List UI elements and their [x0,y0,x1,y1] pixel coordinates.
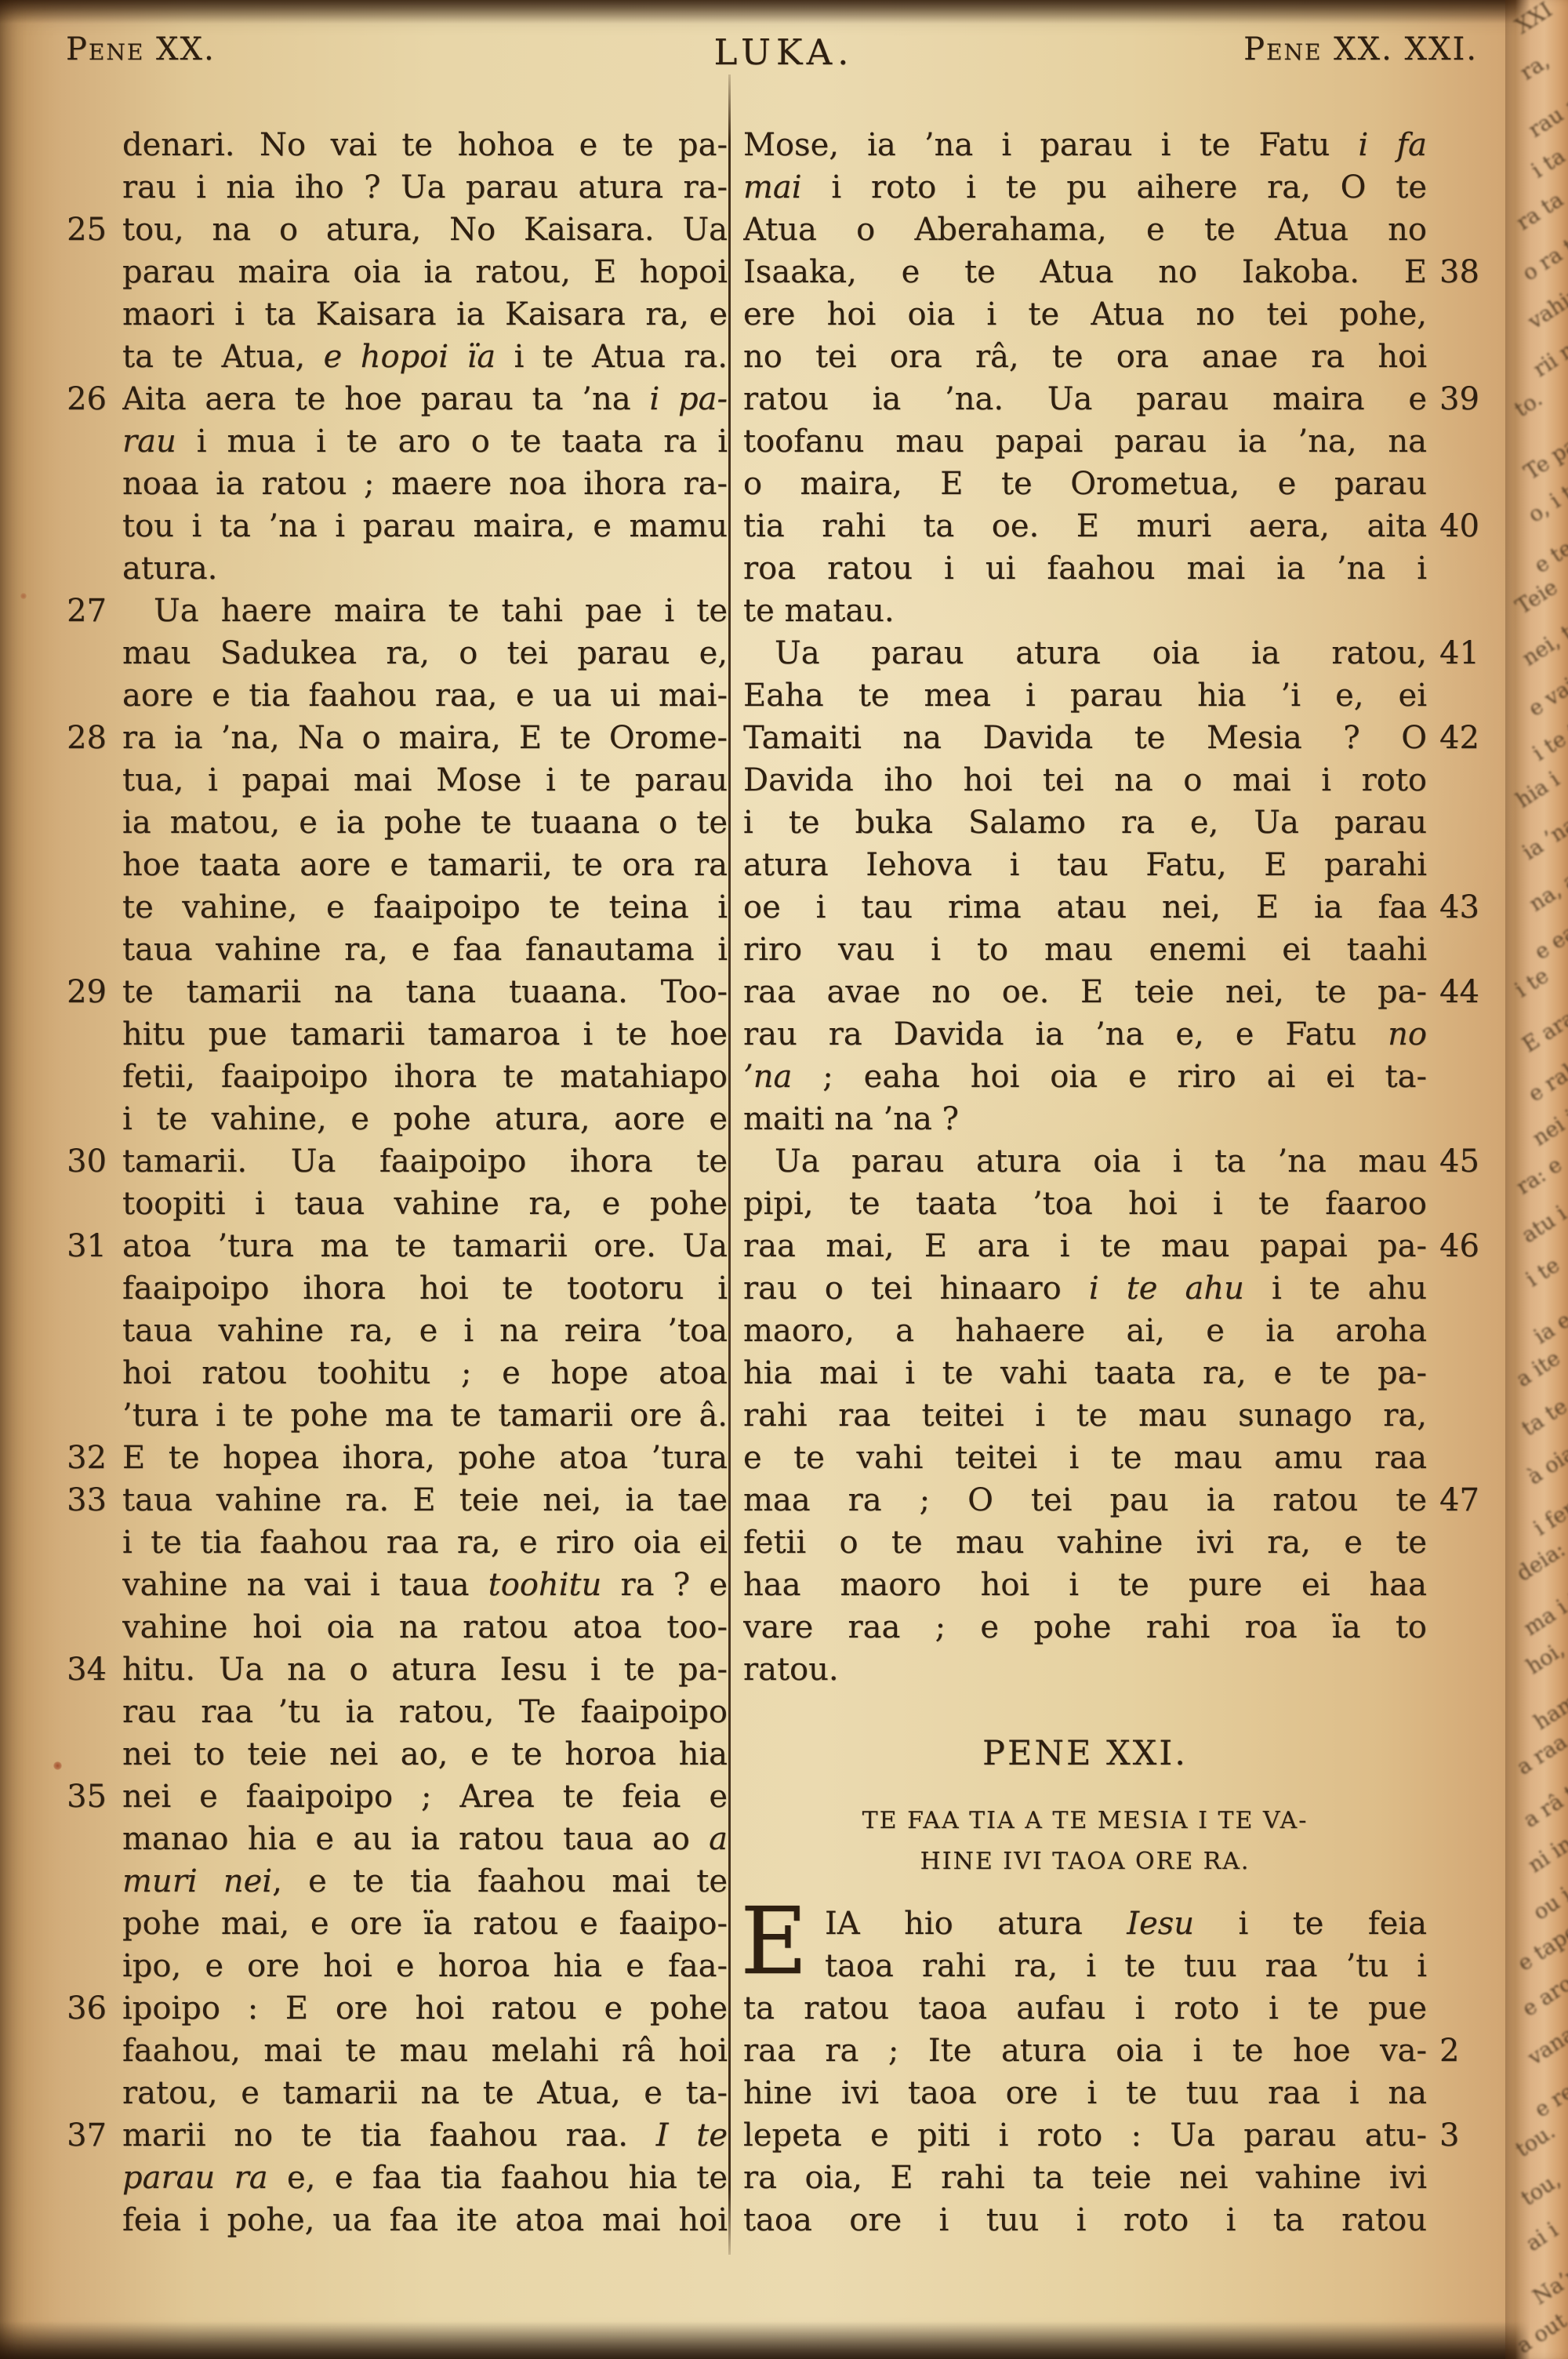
verse-line: 25 tou, na o atura, No Kaisara. Ua [47,209,728,251]
verse-line: taoa rahi ra, i te tuu raa ’tu i [743,1945,1505,1987]
header-chapter-right: Pene XX. XXI. [1243,31,1478,67]
verse-line-text: raa avae no oe. E teie nei, te pa- [743,971,1427,1013]
verse-line: 34 hitu. Ua na o atura Iesu i te pa- [47,1648,728,1691]
verse-line-text: hitu pue tamarii tamaroa i te hoe [122,1013,728,1056]
verse-line-text: ra ia ’na, Na o maira, E te Orome- [122,717,728,759]
edge-bleed-text-fragment: atu i [1518,1201,1568,1248]
edge-bleed-text-fragment: ra: e [1512,1152,1566,1199]
foxing-speck [53,1761,62,1770]
verse-line-text: ipo, e ore hoi e horoa hia e faa- [122,1945,728,1987]
verse-line: Eaha te mea i parau hia ’i e, ei [743,674,1505,717]
verse-line: Ua parau atura oia ia ratou, 41 [743,632,1505,674]
verse-line: fetii, faaipoipo ihora te matahiapo [47,1056,728,1098]
verse-line-text: faaipoipo ihora hoi te tootoru i [122,1267,728,1310]
verse-number: 45 [1427,1140,1505,1183]
verse-number: 2 [1427,2030,1505,2072]
verse-line-text: i te buka Salamo ra e, Ua parau [743,801,1427,844]
verse-line: roa ratou i ui faahou mai ia ’na i [743,547,1505,590]
verse-line-text: rau ra Davida ia ’na e, e Fatu no [743,1013,1427,1056]
verse-line: mau Sadukea ra, o tei parau e, [47,632,728,674]
edge-bleed-text-fragment: Na’u [1529,2261,1568,2310]
verse-line: muri nei, e te tia faahou mai te [47,1860,728,1903]
verse-line: parau maira oia ia ratou, E hopoi [47,251,728,293]
verse-line-text: rahi raa teitei i te mau sunago ra, [743,1394,1427,1437]
verse-line-text: nei to teie nei ao, e te horoa hia [122,1733,728,1776]
verse-line-text: Ua parau atura oia ia ratou, [743,632,1427,674]
verse-line: 33 taua vahine ra. E teie nei, ia tae [47,1479,728,1521]
edge-bleed-text-fragment: E ara [1518,1005,1568,1057]
verse-line-text: maoro, a hahaere ai, e ia aroha [743,1310,1427,1352]
verse-line-text: maiti na ’na ? [743,1098,1427,1140]
verse-line-text: Eaha te mea i parau hia ’i e, ei [743,674,1427,717]
verse-line: 35 nei e faaipoipo ; Area te feia e [47,1776,728,1818]
verse-line: taoa ore i tuu i roto i ta ratou [743,2199,1505,2241]
verse-line: vahine hoi oia na ratou atoa too- [47,1606,728,1648]
verse-line-text: manao hia e au ia ratou taua ao a [122,1818,728,1860]
verse-line-text: hoe taata aore e tamarii, te ora ra [122,844,728,886]
verse-line-text: maori i ta Kaisara ia Kaisara ra, e [122,293,728,336]
verse-line-text: toopiti i taua vahine ra, e pohe [122,1183,728,1225]
verse-number: 26 [47,378,122,420]
verse-line: maoro, a hahaere ai, e ia aroha [743,1310,1505,1352]
verse-line: ’tura i te pohe ma te tamarii ore â. [47,1394,728,1437]
verse-line-text: te matau. [743,590,1427,632]
edge-bleed-text-fragment: e rahi [1524,1052,1568,1107]
edge-bleed-text-fragment: e te ta [1530,520,1568,577]
edge-bleed-text-fragment: Te para [1520,420,1568,485]
verse-line: aore e tia faahou raa, e ua ui mai- [47,674,728,717]
verse-line-text: te tamarii na tana tuaana. Too- [122,971,728,1013]
verse-line: ipo, e ore hoi e horoa hia e faa- [47,1945,728,1987]
verse-line: pohe mai, e ore ïa ratou e faaipo- [47,1903,728,1945]
chapter-heading: PENE XXI. [743,1730,1427,1777]
verse-line: manao hia e au ia ratou taua ao a [47,1818,728,1860]
verse-line-text: rau o tei hinaaro i te ahu i te ahu [743,1267,1427,1310]
verse-line: raa mai, E ara i te mau papai pa- 46 [743,1225,1505,1267]
edge-bleed-text-fragment: a raa [1512,1729,1568,1779]
right-column-verses: Mose, ia ’na i parau i te Fatu i fa mai … [743,124,1505,1691]
column-divider-rule [728,75,731,2255]
verse-number: 40 [1427,505,1505,547]
verse-line: vahine na vai i taua toohitu ra ? e [47,1564,728,1606]
verse-line-text: nei e faaipoipo ; Area te feia e [122,1776,728,1818]
edge-bleed-text-fragment: e vai i [1524,666,1568,722]
verse-line-text: mau Sadukea ra, o tei parau e, [122,632,728,674]
verse-line: pipi, te taata ’toa hoi i te faaroo [743,1183,1505,1225]
verse-number: 36 [47,1987,122,2030]
verse-line: 26 Aita aera te hoe parau ta ’na i pa- [47,378,728,420]
verse-line-text: atura. [122,547,728,590]
edge-bleed-text-fragment: deia: [1512,1537,1568,1587]
edge-bleed-text-fragment: vahin [1524,282,1568,334]
verse-line: feia i pohe, ua faa ite atoa mai hoi [47,2199,728,2241]
verse-line: Davida iho hoi tei na o mai i roto [743,759,1505,801]
verse-line-text: fetii, faaipoipo ihora te matahiapo [122,1056,728,1098]
verse-line: hitu pue tamarii tamaroa i te hoe [47,1013,728,1056]
verse-line-text: marii no te tia faahou raa. I te [122,2114,728,2157]
edge-bleed-text-fragment: ra ta [1512,187,1568,235]
verse-line: Atua o Aberahama, e te Atua no [743,209,1505,251]
verse-line-text: ere hoi oia i te Atua no tei pohe, [743,293,1427,336]
verse-line-text: te vahine, e faaipoipo te teina i [122,886,728,929]
verse-number: 27 [47,590,122,632]
verse-line: oe i tau rima atau nei, E ia faa 43 [743,886,1505,929]
verse-line: rau ra Davida ia ’na e, e Fatu no [743,1013,1505,1056]
verse-line-text: maa ra ; O tei pau ia ratou te [743,1479,1427,1521]
verse-line-text: vahine hoi oia na ratou atoa too- [122,1606,728,1648]
verse-line-text: hitu. Ua na o atura Iesu i te pa- [122,1648,728,1691]
edge-bleed-text-fragment: a râ te [1519,1774,1568,1833]
chapter-subtitle-line: HINE IVI TAOA ORE RA. [743,1841,1427,1882]
verse-line-text: raa mai, E ara i te mau papai pa- [743,1225,1427,1267]
edge-bleed-text-fragment: ou i t [1529,1874,1568,1925]
verse-line-text: ratou, e tamarii na te Atua, e ta- [122,2072,728,2114]
verse-line: te vahine, e faaipoipo te teina i [47,886,728,929]
verse-line-text: haa maoro hoi i te pure ei haa [743,1564,1427,1606]
verse-line: no tei ora râ, te ora anae ra hoi [743,336,1505,378]
chapter-subtitle-line: TE FAA TIA A TE MESIA I TE VA- [743,1801,1427,1841]
edge-bleed-text-fragment: ra, [1516,49,1554,85]
verse-line: tou i ta ’na i parau maira, e mamu [47,505,728,547]
facing-page-edge-strip: XXIra,rau ati tara tao ra tvahinrii nato… [1505,0,1568,2359]
verse-line: i te tia faahou raa ra, e riro oia ei [47,1521,728,1564]
verse-line-text: tou i ta ’na i parau maira, e mamu [122,505,728,547]
verse-number: 34 [47,1648,122,1691]
verse-line: ta ratou taoa aufau i roto i te pue [743,1987,1505,2030]
verse-line-text: ratou. [743,1648,1427,1691]
edge-bleed-text-fragment: e tape [1513,1919,1568,1976]
verse-line: rau i nia iho ? Ua parau atura ra- [47,166,728,209]
edge-bleed-text-fragment: i te [1511,964,1553,1003]
edge-bleed-text-fragment: rii na [1529,330,1568,381]
edge-bleed-text-fragment: to. [1510,387,1546,422]
verse-line-text: parau ra e, e faa tia faahou hia te [122,2157,728,2199]
verse-line-text: riro vau i to mau enemi ei taahi [743,929,1427,971]
verse-number: 30 [47,1140,122,1183]
edge-bleed-text-fragment: Teie [1512,575,1562,620]
verse-line-text: o maira, E te Orometua, e parau [743,463,1427,505]
verse-line-text: pipi, te taata ’toa hoi i te faaroo [743,1183,1427,1225]
verse-line: 32 E te hopea ihora, pohe atoa ’tura [47,1437,728,1479]
verse-line: Ua parau atura oia i ta ’na mau 45 [743,1140,1505,1183]
verse-line: ’na ; eaha hoi oia e riro ai ei ta- [743,1056,1505,1098]
verse-line-text: taua vahine ra, e i na reira ’toa [122,1310,728,1352]
edge-bleed-text-fragment: hoi, [1523,1637,1568,1680]
verse-line-text: oe i tau rima atau nei, E ia faa [743,886,1427,929]
verse-line: i te buka Salamo ra e, Ua parau [743,801,1505,844]
verse-line-text: i te tia faahou raa ra, e riro oia ei [122,1521,728,1564]
verse-line-text: lepeta e piti i roto : Ua parau atu- [743,2114,1427,2157]
edge-bleed-text-fragment: o ra t [1518,234,1568,285]
verse-line: hia mai i te vahi taata ra, e te pa- [743,1352,1505,1394]
verse-line-text: Atua o Aberahama, e te Atua no [743,209,1427,251]
verse-line-text: Ua haere maira te tahi pae i te [122,590,728,632]
edge-bleed-text-fragment: nei i [1528,1105,1568,1150]
verse-line-text: toofanu mau papai parau ia ’na, na [743,420,1427,463]
verse-line-text: fetii o te mau vahine ivi ra, e te [743,1521,1427,1564]
book-page-photo: Pene XX. LUKA. Pene XX. XXI. denari. No … [0,0,1568,2359]
verse-line-text: faahou, mai te mau melahi râ hoi [122,2030,728,2072]
verse-line-text: Ua parau atura oia i ta ’na mau [743,1140,1427,1183]
verse-line-text: vahine na vai i taua toohitu ra ? e [122,1564,728,1606]
verse-line-text: Tamaiti na Davida te Mesia ? O [743,717,1427,759]
verse-line: toofanu mau papai parau ia ’na, na [743,420,1505,463]
verse-line-text: rau i nia iho ? Ua parau atura ra- [122,166,728,209]
edge-bleed-text-fragment: ma i te [1519,1579,1568,1640]
verse-number: 42 [1427,717,1505,759]
verse-line-text: tua, i papai mai Mose i te parau [122,759,728,801]
edge-bleed-text-fragment: a out [1512,2309,1568,2359]
verse-line-text: E te hopea ihora, pohe atoa ’tura [122,1437,728,1479]
verse-number: 37 [47,2114,122,2157]
verse-line-text: rau raa ’tu ia ratou, Te faaipoipo [122,1691,728,1733]
verse-line: raa ra ; Ite atura oia i te hoe va- 2 [743,2030,1505,2072]
verse-line: noaa ia ratou ; maere noa ihora ra- [47,463,728,505]
edge-bleed-text-fragment: ni ino [1524,1825,1568,1878]
verse-line-text: Aita aera te hoe parau ta ’na i pa- [122,378,728,420]
verse-line: rau i mua i te aro o te taata ra i [47,420,728,463]
verse-line-text: Davida iho hoi tei na o mai i roto [743,759,1427,801]
verse-line-text: roa ratou i ui faahou mai ia ’na i [743,547,1427,590]
verse-number: 43 [1427,886,1505,929]
verse-line: parau ra e, e faa tia faahou hia te [47,2157,728,2199]
verse-line-text: denari. No vai te hohoa e te pa- [122,124,728,166]
verse-line: ratou ia ’na. Ua parau maira e 39 [743,378,1505,420]
verse-number: 44 [1427,971,1505,1013]
verse-line: ere hoi oia i te Atua no tei pohe, [743,293,1505,336]
verse-number: 29 [47,971,122,1013]
verse-line-text: mai i roto i te pu aihere ra, O te [743,166,1427,209]
verse-line: hoe taata aore e tamarii, te ora ra [47,844,728,886]
edge-bleed-text-fragment: na, afe [1525,856,1568,917]
verse-number: 35 [47,1776,122,1818]
verse-line: ta te Atua, e hopoi ïa i te Atua ra. [47,336,728,378]
verse-line: atura. [47,547,728,590]
verse-number: 47 [1427,1479,1505,1521]
verse-number: 41 [1427,632,1505,674]
verse-line: haa maoro hoi i te pure ei haa [743,1564,1505,1606]
verse-line-text: atura Iehova i tau Fatu, E parahi [743,844,1427,886]
verse-line-text: hoi ratou toohitu ; e hope atoa [122,1352,728,1394]
edge-bleed-text-fragment: ta te [1518,1394,1568,1441]
edge-bleed-text-fragment: rau at [1524,87,1568,143]
verse-line: 27 Ua haere maira te tahi pae i te [47,590,728,632]
verse-line-text: tamarii. Ua faaipoipo ihora te [122,1140,728,1183]
verse-line-text: Isaaka, e te Atua no Iakoba. E [743,251,1427,293]
verse-line-text: rau i mua i te aro o te taata ra i [122,420,728,463]
verse-number: 31 [47,1225,122,1267]
verse-line: lepeta e piti i roto : Ua parau atu- 3 [743,2114,1505,2157]
verse-line: maiti na ’na ? [743,1098,1505,1140]
running-header: Pene XX. LUKA. Pene XX. XXI. [0,31,1525,86]
verse-line: toopiti i taua vahine ra, e pohe [47,1183,728,1225]
drop-cap-initial: E [740,1903,808,1979]
edge-bleed-text-fragment: à oia [1523,1441,1568,1490]
verse-line: denari. No vai te hohoa e te pa- [47,124,728,166]
verse-line: Mose, ia ’na i parau i te Fatu i fa [743,124,1505,166]
verse-line-text: ’na ; eaha hoi oia e riro ai ei ta- [743,1056,1427,1098]
edge-bleed-text-fragment: i ta [1527,144,1568,183]
verse-line: ratou. [743,1648,1505,1691]
verse-line: 30 tamarii. Ua faaipoipo ihora te [47,1140,728,1183]
verse-line: maori i ta Kaisara ia Kaisara ra, e [47,293,728,336]
edge-bleed-text-fragment: tou. [1512,2119,1559,2162]
edge-bleed-text-fragment: i te [1522,1253,1564,1292]
edge-bleed-text-fragment: e reira [1530,2063,1568,2122]
verse-line-text: aore e tia faahou raa, e ua ui mai- [122,674,728,717]
verse-line-text: ratou ia ’na. Ua parau maira e [743,378,1427,420]
verse-line: ratou, e tamarii na te Atua, e ta- [47,2072,728,2114]
verse-line: vare raa ; e pohe rahi roa ïa to [743,1606,1505,1648]
verse-line: ia matou, e ia pohe te tuaana o te [47,801,728,844]
verse-number: 32 [47,1437,122,1479]
verse-line-text: vare raa ; e pohe rahi roa ïa to [743,1606,1427,1648]
edge-bleed-text-fragment: ia ’na [1519,812,1568,864]
verse-line-text: ’tura i te pohe ma te tamarii ore â. [122,1394,728,1437]
verse-line-text: IA hio atura Iesu i te feia [743,1903,1427,1945]
verse-line-text: taua vahine ra, e faa fanautama i [122,929,728,971]
verse-line: tia rahi ta oe. E muri aera, aita 40 [743,505,1505,547]
verse-line-text: pohe mai, e ore ïa ratou e faaipo- [122,1903,728,1945]
verse-line-text: taoa ore i tuu i roto i ta ratou [743,2199,1427,2241]
verse-line-text: Mose, ia ’na i parau i te Fatu i fa [743,124,1427,166]
header-chapter-left: Pene XX. [66,31,216,67]
verse-line-text: tou, na o atura, No Kaisara. Ua [122,209,728,251]
verse-line-text: ia matou, e ia pohe te tuaana o te [122,801,728,844]
verse-line-text: muri nei, e te tia faahou mai te [122,1860,728,1903]
verse-line: hoi ratou toohitu ; e hope atoa [47,1352,728,1394]
verse-line-text: noaa ia ratou ; maere noa ihora ra- [122,463,728,505]
verse-line: 28 ra ia ’na, Na o maira, E te Orome- [47,717,728,759]
chapter-heading-block: PENE XXI. TE FAA TIA A TE MESIA I TE VA-… [743,1730,1427,1882]
verse-line: 37 marii no te tia faahou raa. I te [47,2114,728,2157]
verse-line: Tamaiti na Davida te Mesia ? O 42 [743,717,1505,759]
verse-line: taua vahine ra, e faa fanautama i [47,929,728,971]
verse-line-text: raa ra ; Ite atura oia i te hoe va- [743,2030,1427,2072]
verse-line: faaipoipo ihora hoi te tootoru i [47,1267,728,1310]
chapter21-verse1-block: E IA hio atura Iesu i te feia taoa rahi … [743,1903,1505,2241]
verse-line-text: atoa ’tura ma te tamarii ore. Ua [122,1225,728,1267]
right-text-column: Mose, ia ’na i parau i te Fatu i fa mai … [743,124,1505,2241]
verse-line-text: ta ratou taoa aufau i roto i te pue [743,1987,1427,2030]
verse-number: 39 [1427,378,1505,420]
verse-line: maa ra ; O tei pau ia ratou te 47 [743,1479,1505,1521]
edge-bleed-text-fragment: a ite [1512,1346,1564,1392]
verse-number: 3 [1427,2114,1505,2157]
verse-line: e te vahi teitei i te mau amu raa [743,1437,1505,1479]
verse-line: te matau. [743,590,1505,632]
verse-line: faahou, mai te mau melahi râ hoi [47,2030,728,2072]
verse-line-text: ipoipo : E ore hoi ratou e pohe [122,1987,728,2030]
verse-line: riro vau i to mau enemi ei taahi [743,929,1505,971]
verse-line: atura Iehova i tau Fatu, E parahi [743,844,1505,886]
verse-line: nei to teie nei ao, e te horoa hia [47,1733,728,1776]
left-text-column: denari. No vai te hohoa e te pa- rau i n… [47,124,728,2241]
verse-line: 31 atoa ’tura ma te tamarii ore. Ua [47,1225,728,1267]
verse-line-text: ra oia, E rahi ta teie nei vahine ivi [743,2157,1427,2199]
verse-line-text: ta te Atua, e hopoi ïa i te Atua ra. [122,336,728,378]
verse-line: mai i roto i te pu aihere ra, O te [743,166,1505,209]
verse-line-text: hine ivi taoa ore i te tuu raa i na [743,2072,1427,2114]
verse-line-text: taoa rahi ra, i te tuu raa ’tu i [743,1945,1427,1987]
edge-bleed-text-fragment: vana, [1523,2019,1568,2070]
verse-line: raa avae no oe. E teie nei, te pa- 44 [743,971,1505,1013]
verse-line-text: hia mai i te vahi taata ra, e te pa- [743,1352,1427,1394]
verse-line-text: e te vahi teitei i te mau amu raa [743,1437,1427,1479]
verse-line: 29 te tamarii na tana tuaana. Too- [47,971,728,1013]
edge-bleed-text-fragment: XXI [1512,0,1557,39]
verse-number: 28 [47,717,122,759]
verse-line: rau o tei hinaaro i te ahu i te ahu [743,1267,1505,1310]
verse-line: tua, i papai mai Mose i te parau [47,759,728,801]
edge-bleed-text-fragment: ai i [1522,2218,1563,2256]
verse-line-text: i te vahine, e pohe atura, aore e [122,1098,728,1140]
verse-line-text: taua vahine ra. E teie nei, ia tae [122,1479,728,1521]
edge-bleed-text-fragment: hia i [1512,767,1564,812]
edge-bleed-text-fragment: i te t [1529,718,1568,766]
verse-line-text: no tei ora râ, te ora anae ra hoi [743,336,1427,378]
verse-line: rahi raa teitei i te mau sunago ra, [743,1394,1505,1437]
edge-bleed-text-fragment: hamel [1530,1678,1568,1735]
verse-line: 36 ipoipo : E ore hoi ratou e pohe [47,1987,728,2030]
verse-line: i te vahine, e pohe atura, aore e [47,1098,728,1140]
edge-bleed-text-fragment: tou, [1517,2168,1565,2211]
verse-line-text: tia rahi ta oe. E muri aera, aita [743,505,1427,547]
verse-number: 33 [47,1479,122,1521]
edge-bleed-text-fragment: e aro [1518,1971,1568,2021]
verse-line: hine ivi taoa ore i te tuu raa i na [743,2072,1505,2114]
verse-number: 38 [1427,251,1505,293]
verse-line-text: feia i pohe, ua faa ite atoa mai hoi [122,2199,728,2241]
foxing-speck [20,593,27,599]
edge-bleed-text-fragment: nei, t [1518,620,1568,671]
verse-number: 25 [47,209,122,251]
verse-line: rau raa ’tu ia ratou, Te faaipoipo [47,1691,728,1733]
verse-line: Isaaka, e te Atua no Iakoba. E 38 [743,251,1505,293]
verse-line: IA hio atura Iesu i te feia [743,1903,1505,1945]
verse-line: fetii o te mau vahine ivi ra, e te [743,1521,1505,1564]
verse-line: ra oia, E rahi ta teie nei vahine ivi [743,2157,1505,2199]
edge-bleed-text-fragment: i fenu [1530,1487,1568,1540]
edge-bleed-text-fragment: ia e m [1530,1292,1568,1348]
verse-line: o maira, E te Orometua, e parau [743,463,1505,505]
verse-line: taua vahine ra, e i na reira ’toa [47,1310,728,1352]
header-book-title: LUKA. [643,31,925,73]
verse-number: 46 [1427,1225,1505,1267]
verse-line-text: parau maira oia ia ratou, E hopoi [122,251,728,293]
